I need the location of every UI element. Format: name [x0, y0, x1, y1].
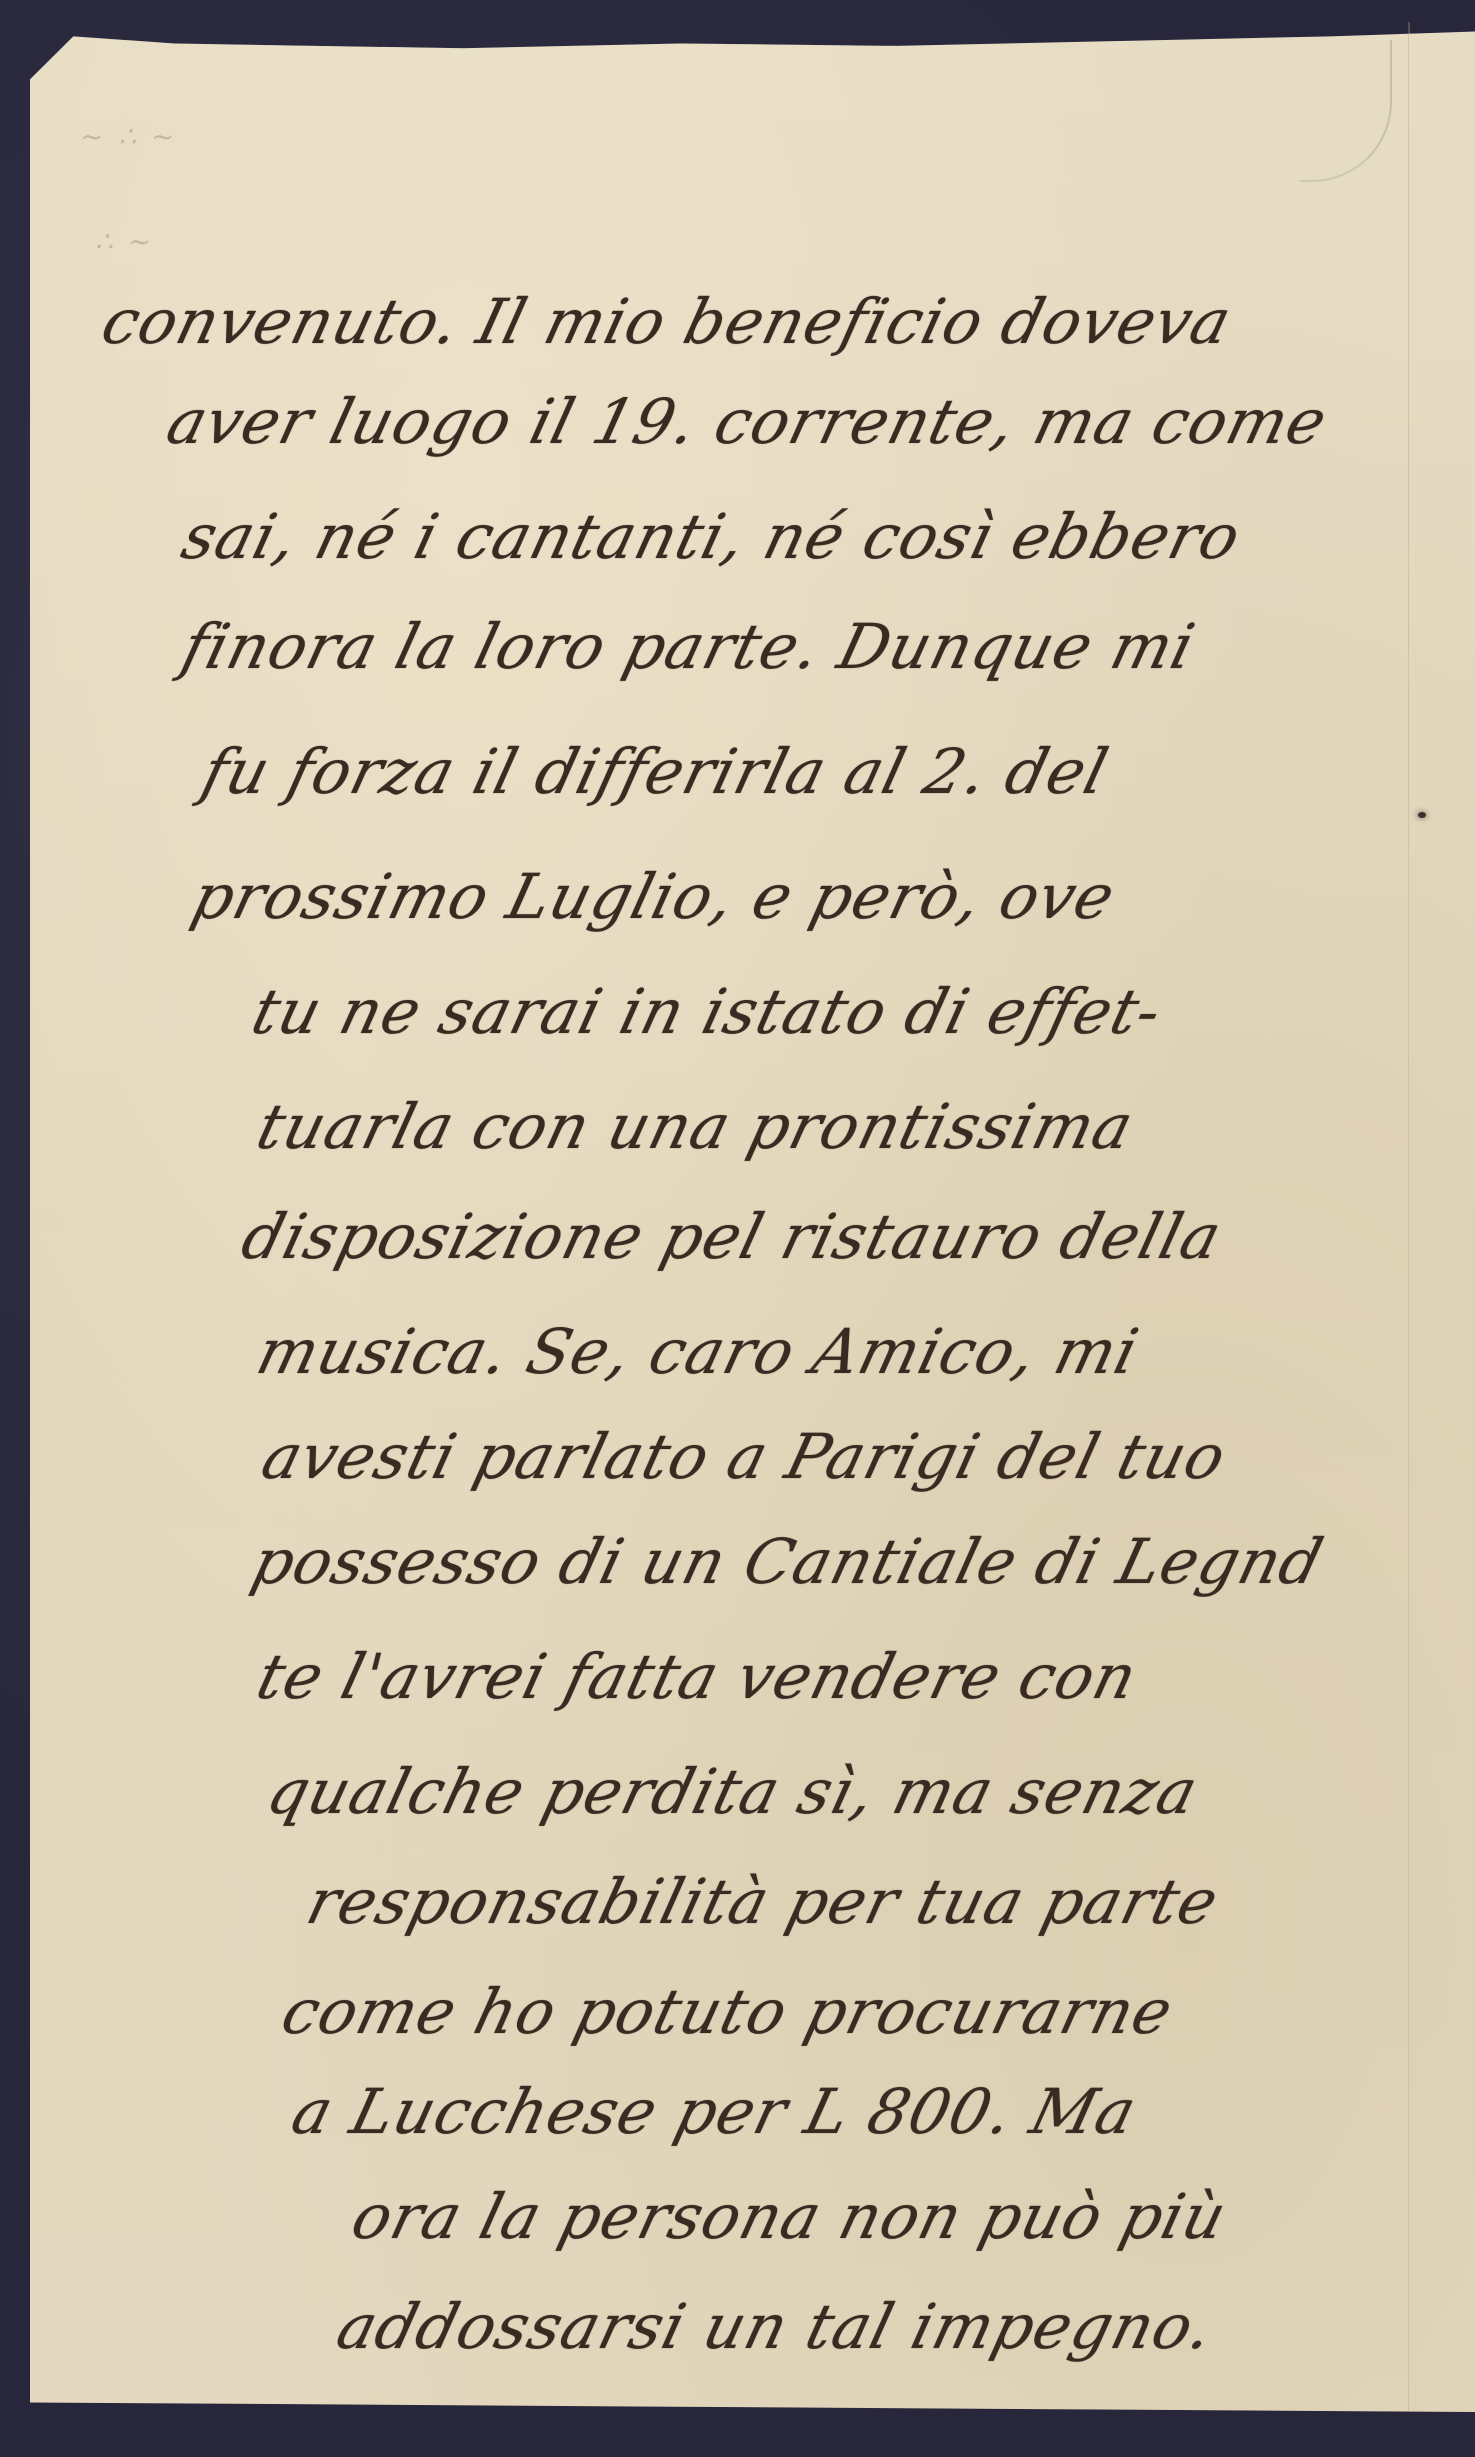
- text-line-16: come ho potuto procurarne: [275, 1975, 1180, 2048]
- letter-text: convenuto. Il mio beneficio doveva aver …: [0, 0, 1475, 2457]
- text-line-17: a Lucchese per L 800. Ma: [285, 2075, 1144, 2148]
- text-line-2: aver luogo il 19. corrente, ma come: [160, 385, 1335, 458]
- text-line-13: te l'avrei fatta vendere con: [250, 1640, 1145, 1713]
- text-line-3: sai, né i cantanti, né così ebbero: [175, 500, 1248, 573]
- text-line-12: possesso di un Cantiale di Legnd: [245, 1525, 1331, 1598]
- text-line-9: disposizione pel ristauro della: [235, 1200, 1229, 1273]
- text-line-15: responsabilità per tua parte: [300, 1865, 1226, 1938]
- text-line-11: avesti parlato a Parigi del tuo: [255, 1420, 1234, 1493]
- text-line-5: fu forza il differirla al 2. del: [195, 735, 1116, 808]
- text-line-8: tuarla con una prontissima: [250, 1090, 1141, 1163]
- text-line-4: finora la loro parte. Dunque mi: [175, 610, 1202, 683]
- text-line-19: addossarsi un tal impegno.: [330, 2290, 1221, 2363]
- text-line-14: qualche perdita sì, ma senza: [260, 1755, 1205, 1828]
- text-line-7: tu ne sarai in istato di effet-: [245, 975, 1169, 1048]
- text-line-10: musica. Se, caro Amico, mi: [250, 1315, 1146, 1388]
- text-line-6: prossimo Luglio, e però, ove: [185, 860, 1123, 933]
- text-line-18: ora la persona non può più: [345, 2180, 1234, 2253]
- text-line-1: convenuto. Il mio beneficio doveva: [95, 285, 1239, 358]
